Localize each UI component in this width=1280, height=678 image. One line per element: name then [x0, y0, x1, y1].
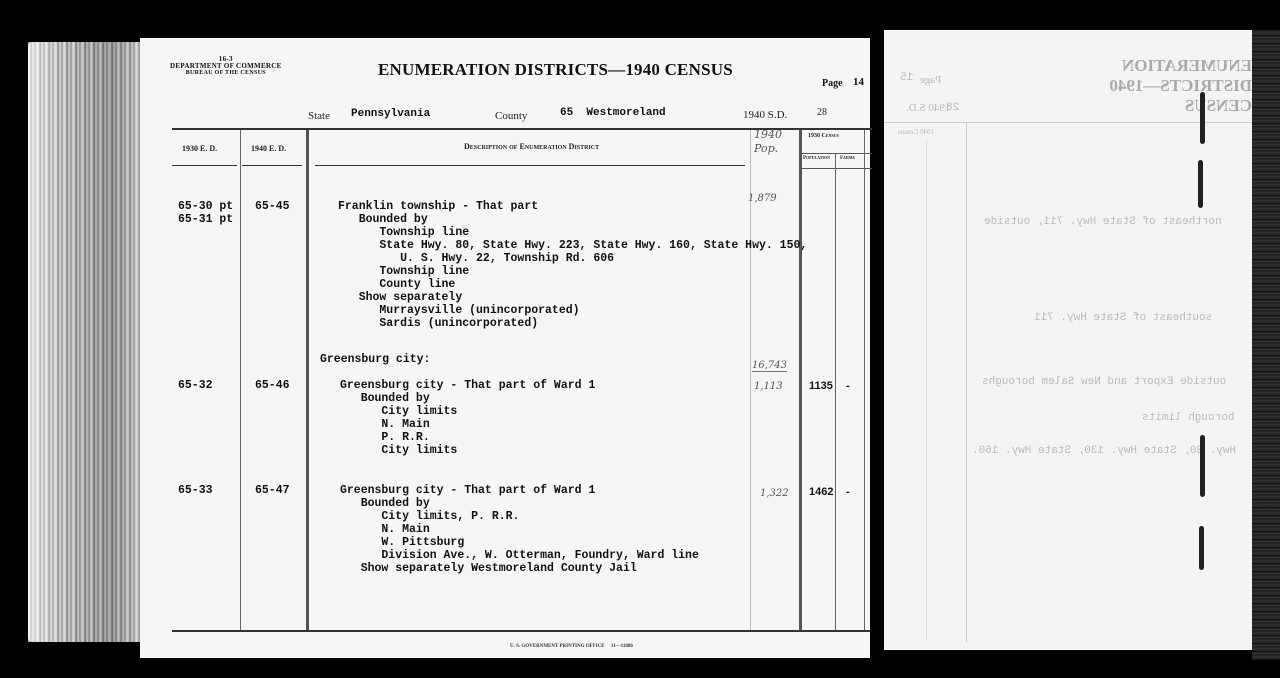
sd-value: 28 — [817, 107, 827, 118]
facing-line: northeast of State Hwy. 711, outside — [984, 216, 1222, 228]
page-tear-mark — [1200, 92, 1205, 144]
form-header-department: 16-3 DEPARTMENT OF COMMERCE BUREAU OF TH… — [170, 56, 282, 77]
state-value: Pennsylvania — [351, 108, 430, 120]
book-page-edges — [28, 42, 148, 642]
header-1940-ed: 1940 E. D. — [251, 144, 286, 153]
row-1930-ed: 65-32 — [178, 379, 213, 392]
facing-page-number: 15 — [900, 72, 913, 84]
page-label: Page — [822, 78, 843, 89]
row-1940-pop: 16,743 — [752, 360, 787, 372]
facing-sd-label: 1940 S.D. — [906, 102, 950, 114]
department-name: DEPARTMENT OF COMMERCE — [170, 63, 282, 70]
header-rule — [242, 165, 302, 166]
facing-column-divider — [966, 122, 967, 642]
header-1930-ed: 1930 E. D. — [182, 144, 217, 153]
row-1930-farms: - — [846, 380, 850, 392]
row-1930-farms: - — [846, 486, 850, 498]
row-1930-population: 1462 — [809, 486, 833, 498]
row-1940-ed: 65-45 — [255, 200, 290, 213]
county-label: County — [495, 110, 527, 122]
row-description: Greensburg city - That part of Ward 1 Bo… — [340, 484, 699, 575]
census-header-rule — [802, 168, 872, 169]
state-label: State — [308, 110, 330, 122]
facing-page-title: ENUMERATION DISTRICTS—1940 CENSUS — [1049, 56, 1252, 116]
header-rule — [172, 165, 237, 166]
row-description: Greensburg city: — [320, 353, 430, 366]
county-value: 65 Westmoreland — [560, 107, 666, 119]
header-farms: Farms — [840, 155, 855, 161]
row-1940-ed: 65-46 — [255, 379, 290, 392]
header-population: Population — [803, 155, 830, 161]
header-1940-pop-handwritten: 1940 Pop. — [754, 128, 794, 156]
facing-line: Hwy. 30, State Hwy. 130, State Hwy. 160. — [972, 445, 1236, 457]
page-title: ENUMERATION DISTRICTS—1940 CENSUS — [378, 60, 733, 80]
table-bottom-rule — [172, 630, 870, 632]
census-form-page: 16-3 DEPARTMENT OF COMMERCE BUREAU OF TH… — [140, 38, 870, 658]
header-1930-census: 1930 Census — [808, 133, 839, 139]
row-1940-pop: 1,113 — [754, 381, 783, 392]
page-tear-mark — [1198, 160, 1203, 208]
row-description: Greensburg city - That part of Ward 1 Bo… — [340, 379, 595, 457]
facing-page-label: Page — [920, 74, 941, 86]
facing-line: outside Export and New Salem boroughs — [982, 376, 1226, 388]
column-divider — [864, 130, 865, 630]
row-1940-pop: 1,322 — [760, 488, 789, 499]
header-rule — [315, 165, 745, 166]
page-tear-mark — [1200, 435, 1205, 497]
column-divider — [240, 130, 241, 630]
row-1930-population: 1135 — [809, 380, 833, 392]
page-number: 14 — [853, 76, 864, 88]
row-description: Franklin township - That part Bounded by… — [338, 200, 807, 330]
facing-column-divider — [926, 140, 927, 640]
bureau-name: BUREAU OF THE CENSUS — [170, 70, 282, 77]
row-1930-ed: 65-33 — [178, 484, 213, 497]
column-divider — [306, 130, 309, 630]
row-1940-pop: 1,879 — [748, 193, 777, 204]
column-divider — [835, 153, 836, 630]
printing-office-footer: U. S. GOVERNMENT PRINTING OFFICE 11—1188… — [510, 644, 633, 649]
census-subheader-rule — [802, 153, 872, 154]
facing-line: borough limits — [1142, 412, 1234, 424]
row-1940-ed: 65-47 — [255, 484, 290, 497]
facing-sd-value: 28 — [946, 102, 959, 114]
book-binding-edge — [1252, 30, 1280, 660]
facing-1940-census-header: 1940 Census — [898, 128, 934, 136]
facing-line: southeast of State Hwy. 711 — [1034, 312, 1212, 324]
page-tear-mark — [1199, 526, 1204, 570]
facing-table-rule — [884, 122, 1252, 123]
sd-label: 1940 S.D. — [743, 109, 787, 121]
header-description: Description of Enumeration District — [464, 142, 599, 151]
row-1930-ed: 65-30 pt 65-31 pt — [178, 200, 233, 226]
facing-page: ENUMERATION DISTRICTS—1940 CENSUS Page 1… — [884, 30, 1252, 650]
